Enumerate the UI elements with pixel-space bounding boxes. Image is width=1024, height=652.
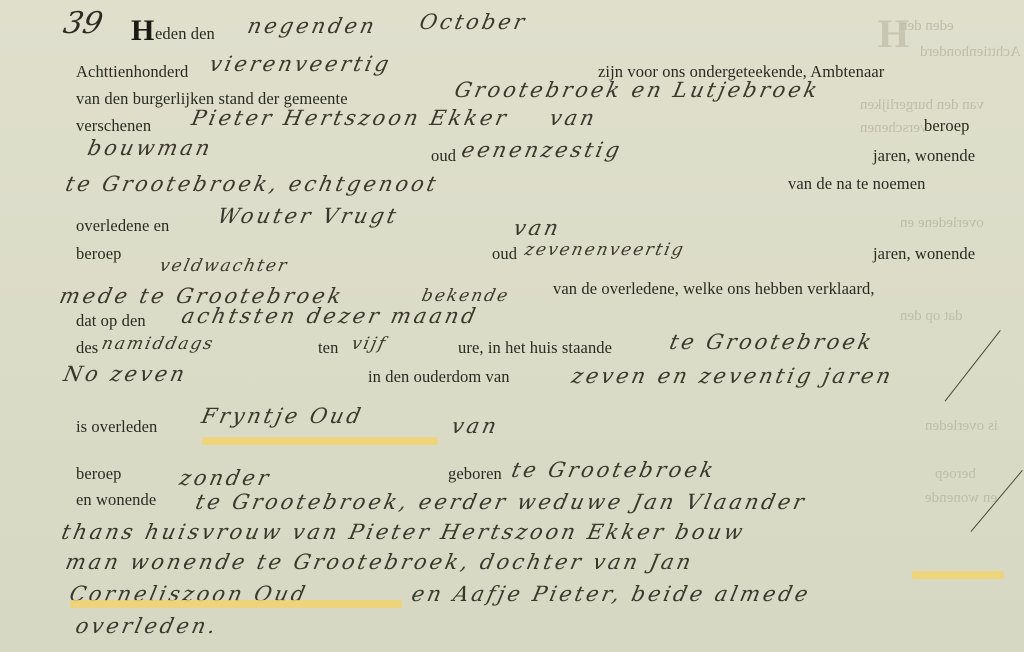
- printed-achttienhonderd: Achttienhonderd: [76, 62, 188, 82]
- bleed-through-line: dat op den: [900, 308, 962, 325]
- printed-beroep-3: beroep: [76, 464, 122, 484]
- bleed-through-line: Achttienhonderd: [920, 44, 1021, 61]
- printed-beroep: beroep: [924, 116, 970, 136]
- handwritten-line-aafje: en Aafje Pieter, beide almede: [409, 582, 813, 606]
- printed-des: des: [76, 338, 98, 358]
- handwritten-line-man: man wonende te Grootebroek, dochter van …: [63, 550, 696, 574]
- printed-verschenen: verschenen: [76, 116, 151, 136]
- handwritten-declarant1-occupation: bouwman: [85, 136, 215, 160]
- printed-ure-huis-staande: ure, in het huis staande: [458, 338, 612, 358]
- bleed-through-line: van den burgerlijken: [860, 97, 984, 114]
- handwritten-line-overleden: overleden.: [73, 614, 220, 638]
- printed-oud-2: oud: [492, 244, 517, 264]
- bleed-through-line: en wonende: [925, 490, 997, 507]
- handwritten-deceased-occupation: zonder: [177, 466, 273, 490]
- record-number: 39: [60, 6, 106, 41]
- highlight-deceased-name: [202, 437, 438, 445]
- handwritten-declarant1-residence: te Grootebroek, echtgenoot: [63, 172, 441, 196]
- handwritten-declarant1-age: eenenzestig: [459, 138, 624, 162]
- handwritten-declarant1-name: Pieter Hertszoon Ekker: [189, 106, 511, 130]
- printed-beroep-2: beroep: [76, 244, 122, 264]
- handwritten-deceased-van: van: [449, 414, 501, 438]
- drop-cap: H: [131, 14, 154, 48]
- handwritten-declarant2-occupation: veldwachter: [158, 256, 290, 276]
- printed-van-de-na-te-noemen: van de na te noemen: [788, 174, 926, 194]
- printed-geboren: geboren: [448, 464, 502, 484]
- bleed-through-line: beroep: [935, 466, 976, 483]
- printed-heden-den: eden den: [155, 24, 215, 44]
- printed-overledene-en: overledene en: [76, 216, 169, 236]
- handwritten-declarant1-van: van: [547, 106, 599, 130]
- printed-en-wonende: en wonende: [76, 490, 156, 510]
- closing-flourish: [945, 330, 1001, 402]
- handwritten-year: vierenveertig: [207, 52, 393, 76]
- handwritten-house-number: No zeven: [61, 362, 189, 386]
- handwritten-deceased-name: Fryntje Oud: [199, 404, 365, 428]
- handwritten-bekende: bekende: [420, 286, 511, 306]
- handwritten-municipality: Grootebroek en Lutjebroek: [452, 78, 822, 102]
- handwritten-residence-line: te Grootebroek, eerder weduwe Jan Vlaand…: [193, 490, 809, 514]
- handwritten-hour: vijf: [350, 334, 389, 354]
- handwritten-age-at-death: zeven en zeventig jaren: [569, 364, 895, 388]
- handwritten-time-of-day: namiddags: [100, 334, 216, 354]
- bleed-through-line: eden den: [900, 18, 954, 35]
- handwritten-declarant2-name: Wouter Vrugt: [215, 204, 401, 228]
- handwritten-date-of-death: achtsten dezer maand: [179, 304, 480, 328]
- printed-is-overleden: is overleden: [76, 417, 157, 437]
- bleed-through-line: verschenen: [860, 120, 927, 137]
- printed-ten: ten: [318, 338, 338, 358]
- printed-oud: oud: [431, 146, 456, 166]
- handwritten-house-location: te Grootebroek: [667, 330, 876, 354]
- printed-jaren-wonende-2: jaren, wonende: [873, 244, 975, 264]
- handwritten-line-thans: thans huisvrouw van Pieter Hertszoon Ekk…: [59, 520, 747, 544]
- handwritten-birthplace: te Grootebroek: [509, 458, 718, 482]
- handwritten-month: October: [417, 10, 529, 34]
- highlight-father-first-name: [912, 571, 1004, 579]
- bleed-through-line: overledene en: [900, 215, 984, 232]
- document-scan: H eden den Achttienhonderd van den burge…: [0, 0, 1024, 652]
- printed-dat-op-den: dat op den: [76, 311, 146, 331]
- printed-jaren-wonende: jaren, wonende: [873, 146, 975, 166]
- bleed-through-line: is overleden: [925, 418, 998, 435]
- highlight-father-surname: [70, 600, 402, 608]
- handwritten-declarant2-van: van: [511, 216, 563, 240]
- handwritten-declarant2-age: zevenenveertig: [523, 240, 687, 260]
- handwritten-day: negenden: [245, 14, 379, 38]
- printed-ouderdom: in den ouderdom van: [368, 367, 510, 387]
- printed-van-de-overledene: van de overledene, welke ons hebben verk…: [553, 279, 875, 299]
